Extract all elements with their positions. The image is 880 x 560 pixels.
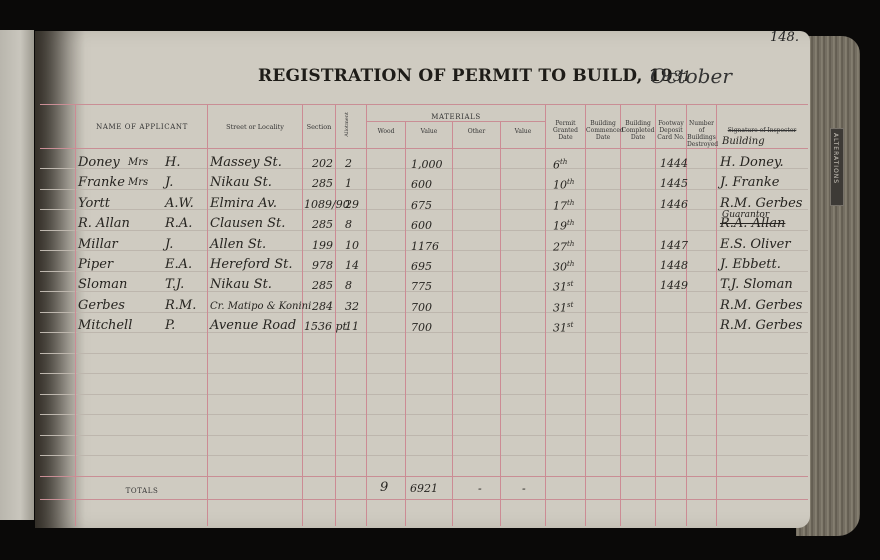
permit-granted-date: 19th: [553, 219, 574, 233]
applicant-initials: R.A.: [165, 216, 192, 231]
row-rule: [40, 394, 808, 395]
header-section: Section: [303, 124, 335, 131]
allotment-number: 8: [345, 218, 352, 231]
materials-value: 695: [411, 260, 432, 273]
allotment-number: 32: [345, 300, 359, 313]
header-buildings-destroyed: Number of Buildings Destroyed: [687, 120, 716, 148]
header-permit-granted-date: Permit Granted Date: [546, 120, 585, 141]
footway-card-number: 1449: [660, 279, 688, 292]
row-rule: [40, 435, 808, 436]
applicant-surname: Millar: [78, 237, 118, 252]
footway-card-number: 1447: [660, 239, 688, 252]
street-locality: Hereford St.: [210, 257, 293, 272]
permit-granted-date: 27th: [553, 240, 574, 254]
inspector-signature: R.M. Gerbes: [720, 318, 802, 333]
section-number: 202: [312, 157, 333, 170]
header-other-value: Value: [501, 128, 545, 135]
column-rule: [655, 104, 656, 526]
footway-card-number: 1448: [660, 259, 688, 272]
header-value: Value: [406, 128, 452, 135]
allotment-number: 2: [345, 157, 352, 170]
street-locality: Cr. Matipo & Konini: [210, 301, 311, 312]
row-rule: [40, 455, 808, 456]
materials-value: 775: [411, 280, 432, 293]
section-number: 284: [312, 300, 333, 313]
section-number: 1536 pt: [304, 320, 347, 333]
applicant-initials: P.: [165, 318, 175, 333]
street-locality: Massey St.: [210, 155, 282, 170]
allotment-number: 29: [345, 198, 359, 211]
permit-granted-date: 31st: [553, 280, 573, 294]
header-top-rule: [40, 104, 808, 105]
section-number: 978: [312, 259, 333, 272]
inspector-signature: T.J. Sloman: [720, 277, 793, 292]
column-rule: [207, 104, 208, 526]
street-locality: Allen St.: [210, 237, 266, 252]
permit-granted-date: 31st: [553, 321, 573, 335]
totals-other: -: [478, 482, 482, 495]
materials-value: 600: [411, 178, 432, 191]
applicant-surname: R. Allan: [78, 216, 130, 231]
inspector-signature: E.S. Oliver: [720, 237, 791, 252]
header-signature-annotation: Building: [722, 136, 765, 147]
column-rule: [716, 104, 717, 526]
street-locality: Nikau St.: [210, 175, 272, 190]
permit-granted-date: 6th: [553, 158, 567, 172]
applicant-surname: Piper: [78, 257, 113, 272]
column-rule: [585, 104, 586, 526]
materials-value: 675: [411, 199, 432, 212]
totals-wood: 9: [380, 480, 388, 495]
column-rule: [75, 104, 76, 526]
applicant-surname: Franke: [78, 175, 125, 190]
inspector-signature: R.A. Allan: [720, 216, 785, 231]
applicant-surname: Mitchell: [78, 318, 132, 333]
applicant-initials: T.J.: [165, 277, 184, 292]
edge-index-tab[interactable]: ALTERATIONS: [830, 128, 844, 206]
inspector-signature: R.M. Gerbes: [720, 298, 802, 313]
applicant-initials: H.: [165, 155, 180, 170]
footway-card-number: 1445: [660, 177, 688, 190]
row-rule: [40, 373, 808, 374]
street-locality: Clausen St.: [210, 216, 285, 231]
section-number: 199: [312, 239, 333, 252]
street-locality: Elmira Av.: [210, 196, 277, 211]
applicant-surname: Gerbes: [78, 298, 125, 313]
header-name-of-applicant: NAME OF APPLICANT: [78, 124, 206, 131]
inspector-signature: J. Franke: [720, 175, 779, 190]
row-rule: [40, 353, 808, 354]
applicant-initials: J.: [165, 237, 173, 252]
footway-card-number: 1444: [660, 157, 688, 170]
section-number: 285: [312, 279, 333, 292]
left-page-edge: [0, 30, 34, 520]
column-rule: [302, 104, 303, 526]
column-rule: [366, 104, 367, 526]
section-number: 1089/90: [304, 198, 350, 211]
permit-granted-date: 31st: [553, 301, 573, 315]
header-wood: Wood: [367, 128, 405, 135]
allotment-number: 11: [345, 320, 359, 333]
header-street: Street or Locality: [208, 124, 302, 131]
column-rule: [405, 121, 406, 526]
inspector-signature: H. Doney.: [720, 155, 784, 170]
header-footway-deposit-card-no: Footway Deposit Card No.: [656, 120, 686, 141]
applicant-initials: E.A.: [165, 257, 192, 272]
header-building-completed-date: Building Completed Date: [621, 120, 655, 141]
inspector-signature: R.M. Gerbes: [720, 196, 802, 211]
month-label: October: [650, 64, 732, 88]
header-signature-of-inspector: Signature of Inspector: [717, 127, 807, 134]
header-bottom-rule: [40, 148, 808, 149]
page-number: 148.: [770, 30, 799, 45]
materials-value: 1,000: [411, 158, 443, 171]
applicant-initials: J.: [165, 175, 173, 190]
column-rule: [620, 104, 621, 526]
materials-value: 700: [411, 301, 432, 314]
totals-other-value: -: [522, 482, 526, 495]
section-number: 285: [312, 218, 333, 231]
allotment-number: 8: [345, 279, 352, 292]
inspector-signature: J. Ebbett.: [720, 257, 781, 272]
totals-top-rule: [40, 476, 808, 477]
totals-bottom-rule: [40, 499, 808, 500]
allotment-number: 1: [345, 177, 352, 190]
column-rule: [545, 104, 546, 526]
permit-granted-date: 30th: [553, 260, 574, 274]
header-building-commenced-date: Building Commenced Date: [586, 120, 620, 141]
permit-granted-date: 10th: [553, 178, 574, 192]
materials-value: 1176: [411, 240, 439, 253]
applicant-surname: Sloman: [78, 277, 127, 292]
header-materials: MATERIALS: [367, 114, 545, 121]
column-rule: [452, 121, 453, 526]
street-locality: Nikau St.: [210, 277, 272, 292]
header-allotment: Allotment: [344, 112, 350, 137]
column-rule: [335, 104, 336, 526]
totals-value: 6921: [410, 482, 438, 495]
row-rule: [40, 414, 808, 415]
street-locality: Avenue Road: [210, 318, 296, 333]
materials-value: 700: [411, 321, 432, 334]
page-title: REGISTRATION OF PERMIT TO BUILD, 1931: [258, 66, 691, 86]
permit-granted-date: 17th: [553, 199, 574, 213]
applicant-surname: Yortt: [78, 196, 110, 211]
column-rule: [500, 121, 501, 526]
materials-value: 600: [411, 219, 432, 232]
applicant-title: Mrs: [128, 157, 148, 168]
allotment-number: 10: [345, 239, 359, 252]
applicant-title: Mrs: [128, 177, 148, 188]
footway-card-number: 1446: [660, 198, 688, 211]
materials-subrule: [367, 121, 545, 122]
applicant-initials: R.M.: [165, 298, 196, 313]
applicant-surname: Doney: [78, 155, 120, 170]
totals-label: TOTALS: [78, 488, 206, 495]
section-number: 285: [312, 177, 333, 190]
header-other: Other: [453, 128, 500, 135]
allotment-number: 14: [345, 259, 359, 272]
applicant-initials: A.W.: [165, 196, 194, 211]
